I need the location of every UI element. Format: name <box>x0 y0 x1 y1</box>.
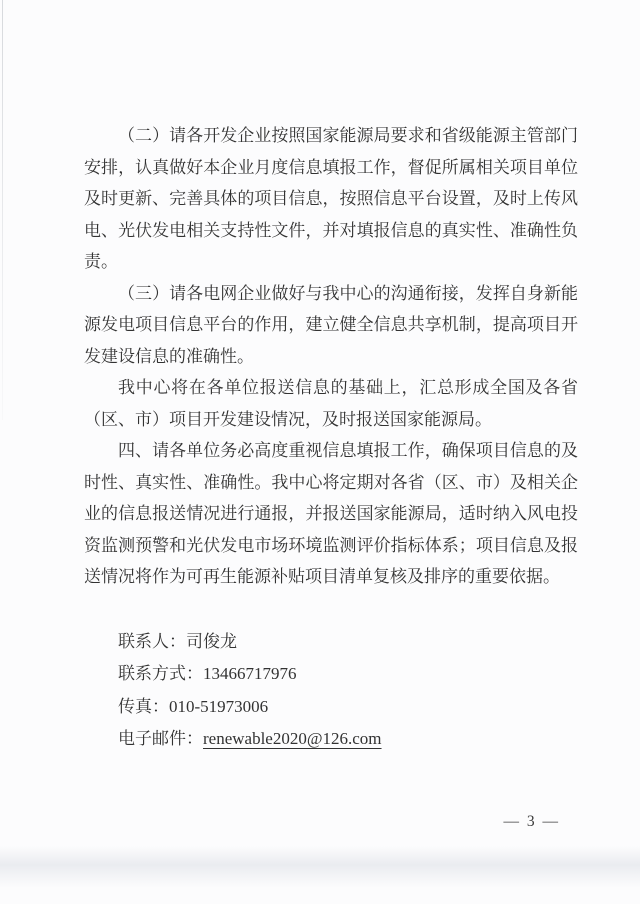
contact-phone-number: 13466717976 <box>203 664 297 683</box>
contact-email-line: 电子邮件：renewable2020@126.com <box>84 723 578 756</box>
paragraph-item-3: （三）请各电网企业做好与我中心的沟通衔接，发挥自身新能源发电项目信息平台的作用，… <box>84 278 578 373</box>
contact-email-label: 电子邮件： <box>118 729 203 748</box>
contact-person-label: 联系人： <box>118 632 186 651</box>
paragraph-item-2: （二）请各开发企业按照国家能源局要求和省级能源主管部门安排，认真做好本企业月度信… <box>84 120 578 278</box>
contact-fax-number: 010-51973006 <box>169 697 268 716</box>
contact-fax-line: 传真：010-51973006 <box>84 691 578 724</box>
paragraph-item-4: 四、请各单位务必高度重视信息填报工作，确保项目信息的及时性、真实性、准确性。我中… <box>84 435 578 593</box>
scan-bottom-shade-artifact <box>0 846 640 888</box>
contact-phone-line: 联系方式：13466717976 <box>84 658 578 691</box>
scan-edge-artifact <box>2 0 3 420</box>
contact-fax-label: 传真： <box>118 697 169 716</box>
document-body: （二）请各开发企业按照国家能源局要求和省级能源主管部门安排，认真做好本企业月度信… <box>84 120 578 756</box>
contact-person-name: 司俊龙 <box>186 632 237 651</box>
contact-person-line: 联系人：司俊龙 <box>84 626 578 659</box>
email-address: renewable2020@126.com <box>203 729 382 748</box>
contact-info-block: 联系人：司俊龙 联系方式：13466717976 传真：010-51973006… <box>84 626 578 756</box>
paragraph-summary: 我中心将在各单位报送信息的基础上，汇总形成全国及各省（区、市）项目开发建设情况，… <box>84 372 578 435</box>
scanned-document-page: （二）请各开发企业按照国家能源局要求和省级能源主管部门安排，认真做好本企业月度信… <box>0 0 640 904</box>
contact-phone-label: 联系方式： <box>118 664 203 683</box>
page-number: — 3 — <box>504 812 561 832</box>
